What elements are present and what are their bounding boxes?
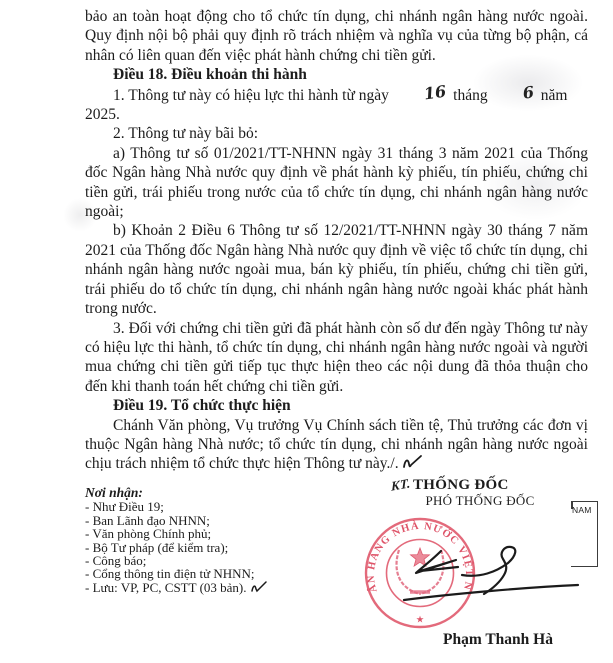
signature-stroke-dart: [416, 551, 458, 573]
recipient-item: - Văn phòng Chính phủ;: [85, 527, 268, 540]
clause-2b: b) Khoản 2 Điều 6 Thông tư số 12/2021/TT…: [85, 221, 588, 318]
recipient-item: - Như Điều 19;: [85, 500, 268, 513]
pen-flourish-icon: [250, 581, 268, 594]
handwritten-month: 6: [493, 82, 534, 107]
recipient-item-text: - Lưu: VP, PC, CSTT (03 bản).: [85, 580, 247, 595]
recipient-item: - Ban Lãnh đạo NHNN;: [85, 514, 268, 527]
recipients-block: Nơi nhận: - Như Điều 19; - Ban Lãnh đạo …: [85, 486, 268, 594]
recipient-item: - Lưu: VP, PC, CSTT (03 bản).: [85, 581, 268, 594]
paragraph-continuation: bảo an toàn hoạt động cho tổ chức tín dụ…: [85, 7, 588, 65]
recipient-item: - Bộ Tư pháp (để kiểm tra);: [85, 541, 268, 554]
title-line1-text: THỐNG ĐỐC: [413, 477, 509, 493]
clause-2: 2. Thông tư này bãi bỏ:: [85, 124, 588, 143]
article-19-body: Chánh Văn phòng, Vụ trưởng Vụ Chính sách…: [85, 416, 588, 474]
recipient-item: - Cổng thông tin điện tử NHNN;: [85, 567, 268, 580]
document-body: bảo an toàn hoạt động cho tổ chức tín dụ…: [85, 7, 588, 474]
signature-stroke-swoosh: [462, 547, 515, 594]
clause-3: 3. Đối với chứng chi tiền gửi đã phát hà…: [85, 319, 588, 397]
clause-1-prefix: 1. Thông tư này có hiệu lực thi hành từ …: [113, 87, 389, 104]
stamp-box-label: NAM: [572, 505, 592, 515]
clause-1-thang: tháng: [453, 87, 487, 104]
handwritten-day: 16: [395, 81, 447, 107]
pen-flourish-icon: [402, 454, 424, 470]
clause-1: 1. Thông tư này có hiệu lực thi hành từ …: [85, 85, 588, 125]
recipients-label: Nơi nhận:: [85, 486, 268, 499]
signature-title-thong-doc: KT.THỐNG ĐỐC: [383, 477, 517, 494]
handwritten-signature: [380, 515, 590, 650]
article-19-text: Chánh Văn phòng, Vụ trưởng Vụ Chính sách…: [85, 417, 588, 473]
recipient-item: - Công báo;: [85, 554, 268, 567]
document-page: bảo an toàn hoạt động cho tổ chức tín dụ…: [0, 0, 613, 663]
clause-2a: a) Thông tư số 01/2021/TT-NHNN ngày 31 t…: [85, 144, 588, 222]
signature-stroke-underline: [404, 585, 578, 600]
signature-title-pho-thong-doc: PHÓ THỐNG ĐỐC: [413, 493, 547, 509]
article-18-heading: Điều 18. Điều khoản thi hành: [85, 65, 588, 84]
kt-handwritten: KT.: [391, 475, 411, 495]
article-19-heading: Điều 19. Tổ chức thực hiện: [85, 396, 588, 415]
signer-name: Phạm Thanh Hà: [436, 631, 560, 649]
